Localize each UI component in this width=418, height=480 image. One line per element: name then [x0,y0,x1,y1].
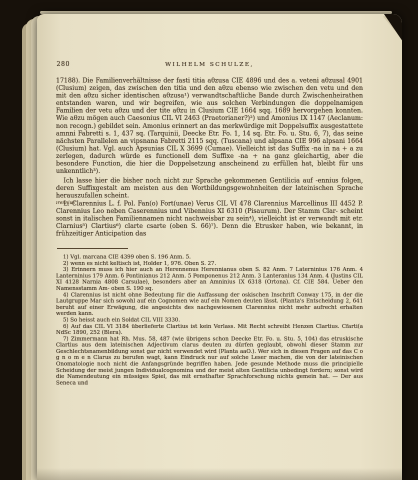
footnote-rule [57,248,128,249]
paragraph-1: 17188). Die Familienverhältnisse der fas… [56,77,363,175]
paragraph-2: Ich lasse hier die bisher noch nicht zur… [56,177,363,200]
book-page: 280 WILHELM SCHULZE, 17188). Die Familie… [37,14,402,480]
paragraph-3-wrap: Clarennius L. Clarennius L. f. Pol. Fan(… [56,199,363,237]
page-corner-shadow [380,14,402,44]
footnote-3: 3) Erinnern muss ich hier auch an Herenn… [56,267,363,292]
footnote-7: 7) Zimmermann hat Rh. Mus. 58, 487 (wie … [56,336,363,386]
photo-background: 280 WILHELM SCHULZE, 17188). Die Familie… [0,0,418,480]
text-block: 280 WILHELM SCHULZE, 17188). Die Familie… [56,48,363,478]
running-header: WILHELM SCHULZE, [56,61,363,68]
footnotes: 1) Vgl. marcana CIE 4399 oben S. 196 Anm… [56,254,363,386]
margin-note: Clarennius [56,200,75,205]
paragraph-3: L. Clarennius L. f. Pol. Fan(o) Fort(una… [56,199,363,237]
page-header: 280 WILHELM SCHULZE, [56,60,363,68]
footnote-4: 4) Clarennius ist nicht ohne Bedeutung f… [56,292,363,317]
footnote-6: 6) Auf das CIL VI 3184 überlieferte Clar… [56,323,363,336]
